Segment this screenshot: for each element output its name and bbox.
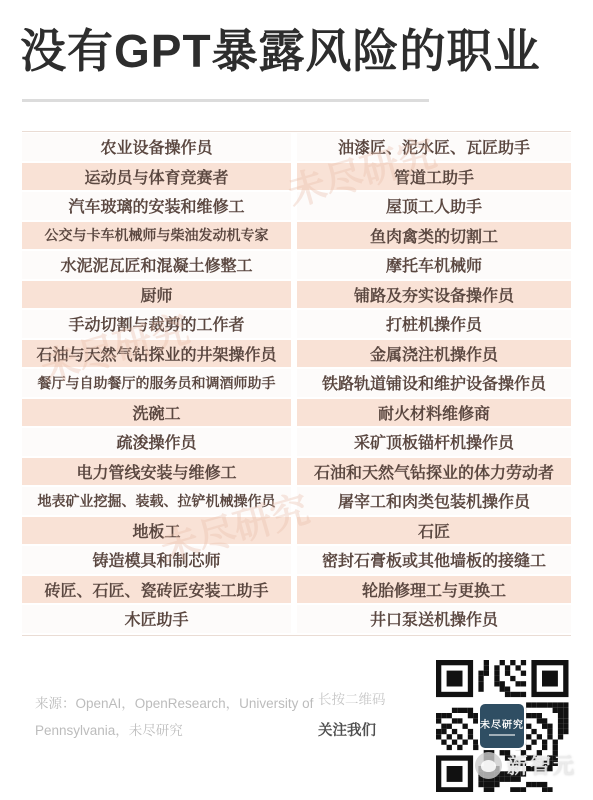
page-title: 没有GPT暴露风险的职业 bbox=[20, 22, 573, 82]
occupation-cell-right: 石油和天然气钻探业的体力劳动者 bbox=[297, 458, 571, 486]
occupation-cell-right: 摩托车机械师 bbox=[297, 251, 571, 279]
qr-center-logo: 未尽研究 bbox=[478, 702, 526, 750]
occupation-cell-right: 铁路轨道铺设和维护设备操作员 bbox=[297, 369, 571, 397]
brand-name-text: 新智元 bbox=[507, 750, 576, 780]
occupation-cell-left: 电力管线安装与维修工 bbox=[22, 458, 291, 486]
occupation-cell-right: 轮胎修理工与更换工 bbox=[297, 576, 571, 604]
occupation-cell-right: 管道工助手 bbox=[297, 163, 571, 191]
occupation-cell-left: 运动员与体育竞赛者 bbox=[22, 163, 291, 191]
occupation-cell-left: 洗碗工 bbox=[22, 399, 291, 427]
occupation-cell-left: 农业设备操作员 bbox=[22, 133, 291, 161]
occupation-cell-right: 屋顶工人助手 bbox=[297, 192, 571, 220]
occupation-cell-right: 井口泵送机操作员 bbox=[297, 605, 571, 633]
follow-us-label: 关注我们 bbox=[318, 719, 376, 740]
occupation-cell-right: 石匠 bbox=[297, 517, 571, 545]
occupation-cell-left: 手动切割与裁剪的工作者 bbox=[22, 310, 291, 338]
infographic-page: 没有GPT暴露风险的职业 未尽研究 未尽研究 未尽研究 农业设备操作员油漆匠、泥… bbox=[0, 0, 593, 800]
source-line-2: Pennsylvania，未尽研究 bbox=[35, 723, 183, 738]
qr-hint-label: 长按二维码 bbox=[318, 688, 386, 708]
occupation-cell-right: 密封石膏板或其他墙板的接缝工 bbox=[297, 546, 571, 574]
occupation-cell-left: 木匠助手 bbox=[22, 605, 291, 633]
occupation-cell-left: 公交与卡车机械师与柴油发动机专家 bbox=[22, 222, 291, 250]
occupation-cell-right: 金属浇注机操作员 bbox=[297, 340, 571, 368]
qr-logo-text: 未尽研究 bbox=[480, 716, 524, 731]
qr-logo-subline bbox=[489, 734, 515, 736]
occupation-cell-left: 汽车玻璃的安装和维修工 bbox=[22, 192, 291, 220]
occupation-cell-left: 餐厅与自助餐厅的服务员和调酒师助手 bbox=[22, 369, 291, 397]
occupation-cell-left: 石油与天然气钻探业的井架操作员 bbox=[22, 340, 291, 368]
brand-logo-icon bbox=[475, 752, 502, 779]
source-line-1: 来源：OpenAI，OpenResearch，University of bbox=[35, 696, 313, 711]
occupation-cell-right: 采矿顶板锚杆机操作员 bbox=[297, 428, 571, 456]
occupation-cell-left: 地表矿业挖掘、装载、拉铲机械操作员 bbox=[22, 487, 291, 515]
occupation-cell-right: 油漆匠、泥水匠、瓦匠助手 bbox=[297, 133, 571, 161]
occupation-cell-left: 厨师 bbox=[22, 281, 291, 309]
occupation-rows: 农业设备操作员油漆匠、泥水匠、瓦匠助手运动员与体育竞赛者管道工助手汽车玻璃的安装… bbox=[22, 133, 571, 633]
occupation-table: 农业设备操作员油漆匠、泥水匠、瓦匠助手运动员与体育竞赛者管道工助手汽车玻璃的安装… bbox=[22, 131, 571, 636]
occupation-cell-left: 铸造模具和制芯师 bbox=[22, 546, 291, 574]
brand-watermark: 新智元 bbox=[475, 750, 576, 780]
occupation-cell-left: 地板工 bbox=[22, 517, 291, 545]
occupation-cell-right: 打桩机操作员 bbox=[297, 310, 571, 338]
source-attribution: 来源：OpenAI，OpenResearch，University of Pen… bbox=[35, 690, 320, 744]
occupation-cell-right: 屠宰工和肉类包装机操作员 bbox=[297, 487, 571, 515]
occupation-cell-left: 砖匠、石匠、瓷砖匠安装工助手 bbox=[22, 576, 291, 604]
occupation-cell-right: 铺路及夯实设备操作员 bbox=[297, 281, 571, 309]
occupation-cell-right: 鱼肉禽类的切割工 bbox=[297, 222, 571, 250]
occupation-cell-left: 疏浚操作员 bbox=[22, 428, 291, 456]
occupation-cell-left: 水泥泥瓦匠和混凝土修整工 bbox=[22, 251, 291, 279]
title-divider bbox=[22, 99, 429, 102]
occupation-cell-right: 耐火材料维修商 bbox=[297, 399, 571, 427]
